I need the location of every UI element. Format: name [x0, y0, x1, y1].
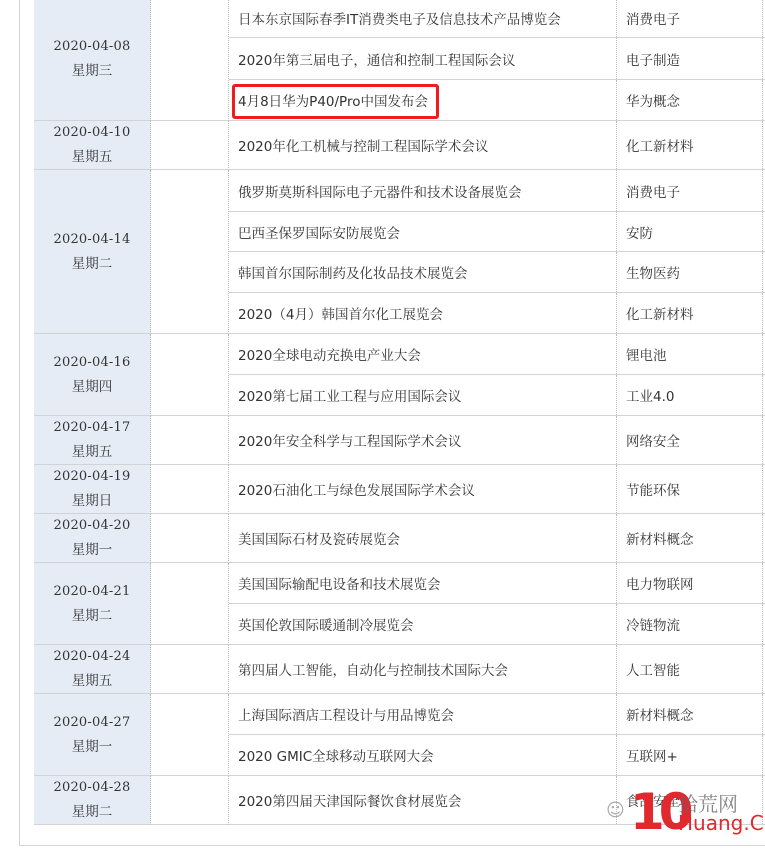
event-name: 2020第四届天津国际餐饮食材展览会: [229, 776, 617, 824]
date-cell: 2020-04-24 星期五: [34, 645, 151, 694]
event-tag: 化工新材料: [617, 121, 763, 169]
date-cell: 2020-04-19 星期日: [34, 465, 151, 514]
date-cell: 2020-04-10 星期五: [34, 121, 151, 170]
event-name: 2020（4月）韩国首尔化工展览会: [229, 293, 617, 333]
table-row: 2020（4月）韩国首尔化工展览会 化工新材料: [229, 293, 765, 334]
empty-cell: [151, 170, 229, 334]
date-cell: 2020-04-20 星期一: [34, 514, 151, 563]
wechat-icon: ☺: [606, 800, 625, 821]
date-label: 2020-04-24: [54, 644, 131, 669]
date-cell: 2020-04-21 星期二: [34, 563, 151, 645]
event-name: 俄罗斯莫斯科国际电子元器件和技术设备展览会: [229, 170, 617, 211]
event-tag: 消费电子: [617, 0, 763, 37]
event-tag: 锂电池: [617, 334, 763, 374]
event-name: 美国国际输配电设备和技术展览会: [229, 563, 617, 603]
table-row: 日本东京国际春季IT消费类电子及信息技术产品博览会 消费电子: [229, 0, 765, 38]
event-name: 美国国际石材及瓷砖展览会: [229, 514, 617, 562]
date-cell: 2020-04-27 星期一: [34, 694, 151, 776]
event-name: 2020 GMIC全球移动互联网大会: [229, 735, 617, 775]
event-name: 韩国首尔国际制药及化妆品技术展览会: [229, 252, 617, 292]
event-tag: 消费电子: [617, 170, 763, 211]
weekday-label: 星期日: [72, 489, 113, 514]
date-cell: 2020-04-14 星期二: [34, 170, 151, 334]
table-row: 2020第七届工业工程与应用国际会议 工业4.0: [229, 375, 765, 416]
empty-cell: [151, 514, 229, 563]
event-name: 2020全球电动充换电产业大会: [229, 334, 617, 374]
table-row: 2020年第三届电子，通信和控制工程国际会议 电子制造: [229, 38, 765, 80]
table-row: 美国国际石材及瓷砖展览会 新材料概念: [229, 514, 765, 563]
empty-cell: [151, 563, 229, 645]
table-row: 巴西圣保罗国际安防展览会 安防: [229, 212, 765, 252]
empty-cell: [151, 416, 229, 465]
table-row: 2020年安全科学与工程国际学术会议 网络安全: [229, 416, 765, 465]
event-name: 2020石油化工与绿色发展国际学术会议: [229, 465, 617, 513]
event-tag: 工业4.0: [617, 375, 763, 415]
table-row: 俄罗斯莫斯科国际电子元器件和技术设备展览会 消费电子: [229, 170, 765, 212]
event-tag: 互联网+: [617, 735, 763, 775]
date-label: 2020-04-08: [54, 34, 131, 59]
event-name: 2020年第三届电子，通信和控制工程国际会议: [229, 38, 617, 79]
date-label: 2020-04-20: [54, 513, 131, 538]
table-row: 2020石油化工与绿色发展国际学术会议 节能环保: [229, 465, 765, 514]
table-row: 韩国首尔国际制药及化妆品技术展览会 生物医药: [229, 252, 765, 293]
table-row: 英国伦敦国际暖通制冷展览会 冷链物流: [229, 604, 765, 645]
date-label: 2020-04-28: [54, 775, 131, 800]
watermark-domain: Huang.CN: [678, 812, 765, 834]
weekday-label: 星期五: [72, 145, 113, 170]
date-label: 2020-04-27: [54, 710, 131, 735]
event-name: 2020年安全科学与工程国际学术会议: [229, 416, 617, 464]
weekday-label: 星期二: [72, 604, 113, 629]
date-label: 2020-04-21: [54, 579, 131, 604]
table-row: 第四届人工智能，自动化与控制技术国际大会 人工智能: [229, 645, 765, 694]
empty-cell: [151, 0, 229, 121]
date-cell: 2020-04-17 星期五: [34, 416, 151, 465]
weekday-label: 星期二: [72, 252, 113, 277]
date-cell: 2020-04-28 星期二: [34, 776, 151, 825]
event-tag: 生物医药: [617, 252, 763, 292]
weekday-label: 星期一: [72, 538, 113, 563]
table-row: 2020全球电动充换电产业大会 锂电池: [229, 334, 765, 375]
table-row: 2020年化工机械与控制工程国际学术会议 化工新材料: [229, 121, 765, 170]
event-tag: 节能环保: [617, 465, 763, 513]
table-row: 美国国际输配电设备和技术展览会 电力物联网: [229, 563, 765, 604]
event-tag: 安防: [617, 212, 763, 251]
empty-cell: [151, 694, 229, 776]
event-name: 上海国际酒店工程设计与用品博览会: [229, 694, 617, 734]
event-name: 英国伦敦国际暖通制冷展览会: [229, 604, 617, 644]
weekday-label: 星期五: [72, 669, 113, 694]
event-tag: 人工智能: [617, 645, 763, 693]
event-name: 2020第七届工业工程与应用国际会议: [229, 375, 617, 415]
highlight-box: [232, 84, 439, 119]
table-row: 2020 GMIC全球移动互联网大会 互联网+: [229, 735, 765, 776]
date-label: 2020-04-14: [54, 227, 131, 252]
weekday-label: 星期一: [72, 735, 113, 760]
event-tag: 华为概念: [617, 80, 763, 120]
event-tag: 电子制造: [617, 38, 763, 79]
empty-cell: [151, 645, 229, 694]
weekday-label: 星期二: [72, 800, 113, 825]
event-tag: 电力物联网: [617, 563, 763, 603]
event-tag: 冷链物流: [617, 604, 763, 644]
date-cell: 2020-04-16 星期四: [34, 334, 151, 416]
event-name: 第四届人工智能，自动化与控制技术国际大会: [229, 645, 617, 693]
date-label: 2020-04-10: [54, 120, 131, 145]
weekday-label: 星期五: [72, 440, 113, 465]
date-label: 2020-04-19: [54, 464, 131, 489]
weekday-label: 星期四: [72, 375, 113, 400]
date-label: 2020-04-16: [54, 350, 131, 375]
event-name: 2020年化工机械与控制工程国际学术会议: [229, 121, 617, 169]
empty-cell: [151, 334, 229, 416]
event-tag: 新材料概念: [617, 694, 763, 734]
empty-cell: [151, 465, 229, 514]
date-label: 2020-04-17: [54, 415, 131, 440]
weekday-label: 星期三: [72, 59, 113, 84]
watermark-logo: ☺ 10 拾荒网 Huang.CN: [606, 786, 761, 846]
empty-cell: [151, 776, 229, 825]
table-row: 上海国际酒店工程设计与用品博览会 新材料概念: [229, 694, 765, 735]
event-name: 日本东京国际春季IT消费类电子及信息技术产品博览会: [229, 0, 617, 37]
event-tag: 网络安全: [617, 416, 763, 464]
event-tag: 化工新材料: [617, 293, 763, 333]
event-name: 巴西圣保罗国际安防展览会: [229, 212, 617, 251]
date-cell: 2020-04-08 星期三: [34, 0, 151, 121]
empty-cell: [151, 121, 229, 170]
event-tag: 新材料概念: [617, 514, 763, 562]
